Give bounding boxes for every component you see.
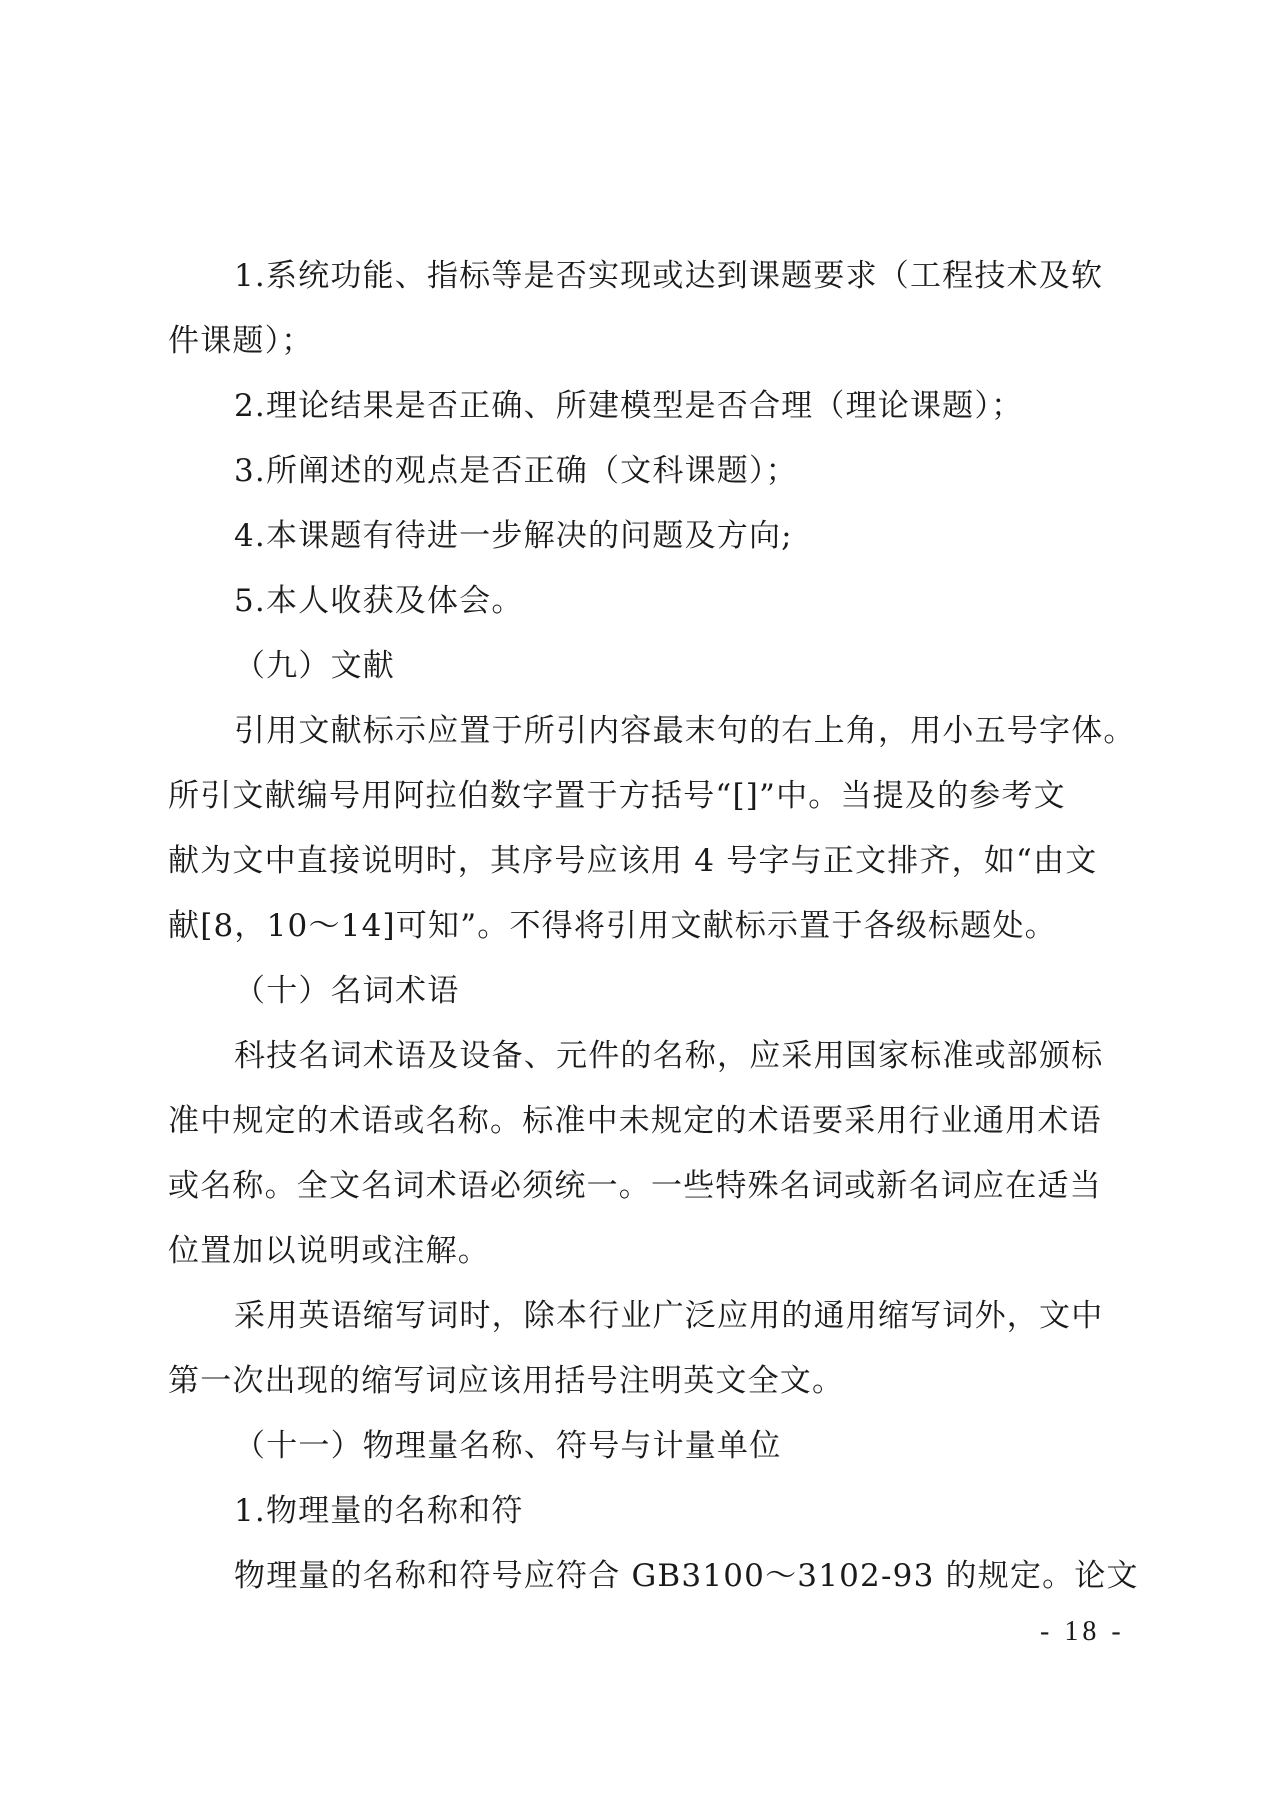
paragraph-line: 所引文献编号用阿拉伯数字置于方括号“[]”中。当提及的参考文 [168, 764, 1124, 829]
list-item-3: 3.所阐述的观点是否正确（文科课题）； [168, 439, 1124, 504]
paragraph-line: 引用文献标示应置于所引内容最末句的右上角，用小五号字体。 [168, 699, 1124, 764]
paragraph-line: 献[8，10～14]可知”。不得将引用文献标示置于各级标题处。 [168, 894, 1124, 959]
section-heading-references: （九）文献 [168, 634, 1124, 699]
paragraph-line: 献为文中直接说明时，其序号应该用 4 号字与正文排齐，如“由文 [168, 829, 1124, 894]
list-item-5: 5.本人收获及体会。 [168, 569, 1124, 634]
paragraph-line: 物理量的名称和符号应符合 GB3100～3102-93 的规定。论文 [168, 1544, 1124, 1609]
page-number: - 18 - [1040, 1614, 1125, 1650]
list-item-1-cont: 件课题）； [168, 309, 1124, 374]
paragraph-line: 位置加以说明或注解。 [168, 1219, 1124, 1284]
document-body: 1.系统功能、指标等是否实现或达到课题要求（工程技术及软 件课题）； 2.理论结… [168, 244, 1124, 1609]
list-item-2: 2.理论结果是否正确、所建模型是否合理（理论课题）； [168, 374, 1124, 439]
section-heading-terminology: （十）名词术语 [168, 959, 1124, 1024]
paragraph-line: 科技名词术语及设备、元件的名称，应采用国家标准或部颁标 [168, 1024, 1124, 1089]
list-item-1: 1.系统功能、指标等是否实现或达到课题要求（工程技术及软 [168, 244, 1124, 309]
paragraph-line: 第一次出现的缩写词应该用括号注明英文全文。 [168, 1349, 1124, 1414]
section-heading-physical-quantities: （十一）物理量名称、符号与计量单位 [168, 1414, 1124, 1479]
list-item-4: 4.本课题有待进一步解决的问题及方向; [168, 504, 1124, 569]
paragraph-line: 准中规定的术语或名称。标准中未规定的术语要采用行业通用术语 [168, 1089, 1124, 1154]
subsection-heading: 1.物理量的名称和符 [168, 1479, 1124, 1544]
paragraph-line: 或名称。全文名词术语必须统一。一些特殊名词或新名词应在适当 [168, 1154, 1124, 1219]
paragraph-line: 采用英语缩写词时，除本行业广泛应用的通用缩写词外，文中 [168, 1284, 1124, 1349]
